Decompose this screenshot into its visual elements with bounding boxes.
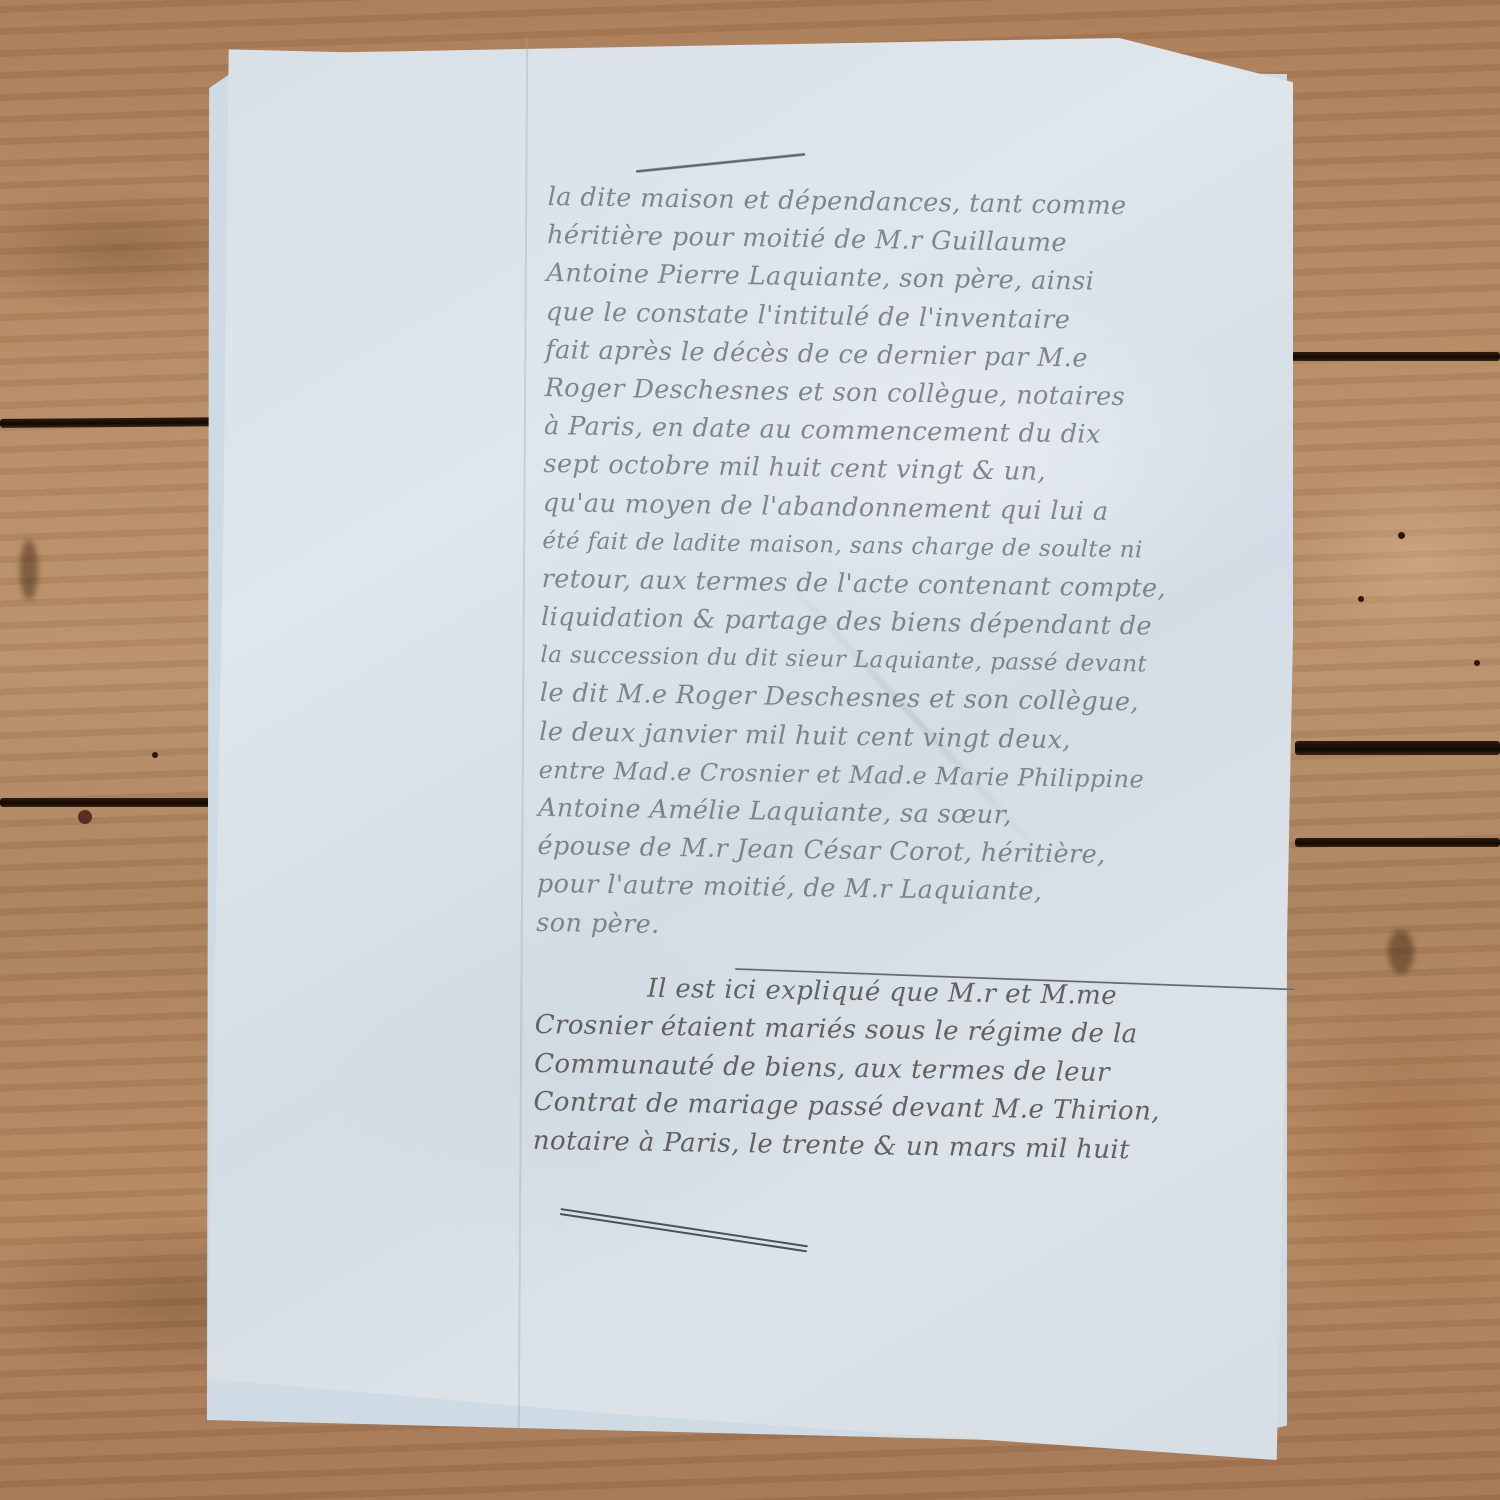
wood-stain [20,540,38,600]
plank-seam [1295,741,1500,755]
wood-knot [1358,596,1364,602]
plank-seam [1295,838,1500,847]
wood-knot [1398,532,1405,539]
plank-seam [0,417,240,428]
wood-knot [78,810,92,824]
wood-knot [152,752,158,758]
wood-stain [1388,930,1414,974]
plank-seam [1290,352,1500,361]
handwritten-text: la dite maison et dépendances, tant comm… [533,178,1283,1172]
paragraph-2: Il est ici expliqué que M.r et M.me Cros… [533,968,1271,1172]
wood-knot [1474,660,1480,666]
paragraph-1: la dite maison et dépendances, tant comm… [536,178,1283,953]
